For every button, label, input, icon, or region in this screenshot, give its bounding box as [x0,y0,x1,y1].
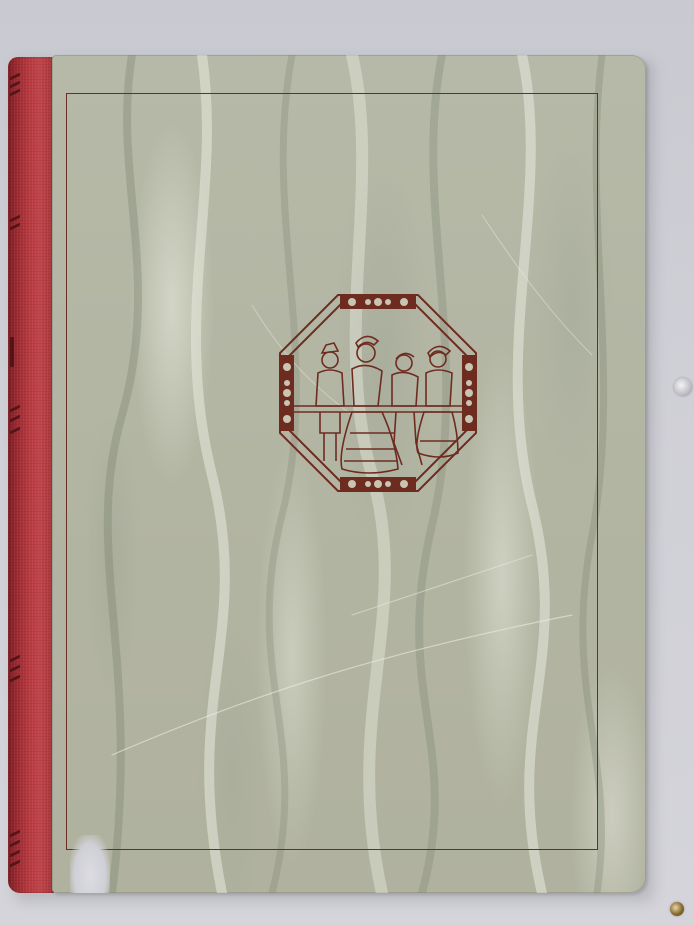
photo-scene [0,0,694,925]
brass-stud-bottom-right [670,902,684,916]
book [8,55,648,895]
book-cover [52,55,646,893]
metal-stud-right [674,378,692,396]
book-spine [8,57,54,893]
folk-children-emblem [278,293,478,493]
worn-corner [70,835,110,893]
